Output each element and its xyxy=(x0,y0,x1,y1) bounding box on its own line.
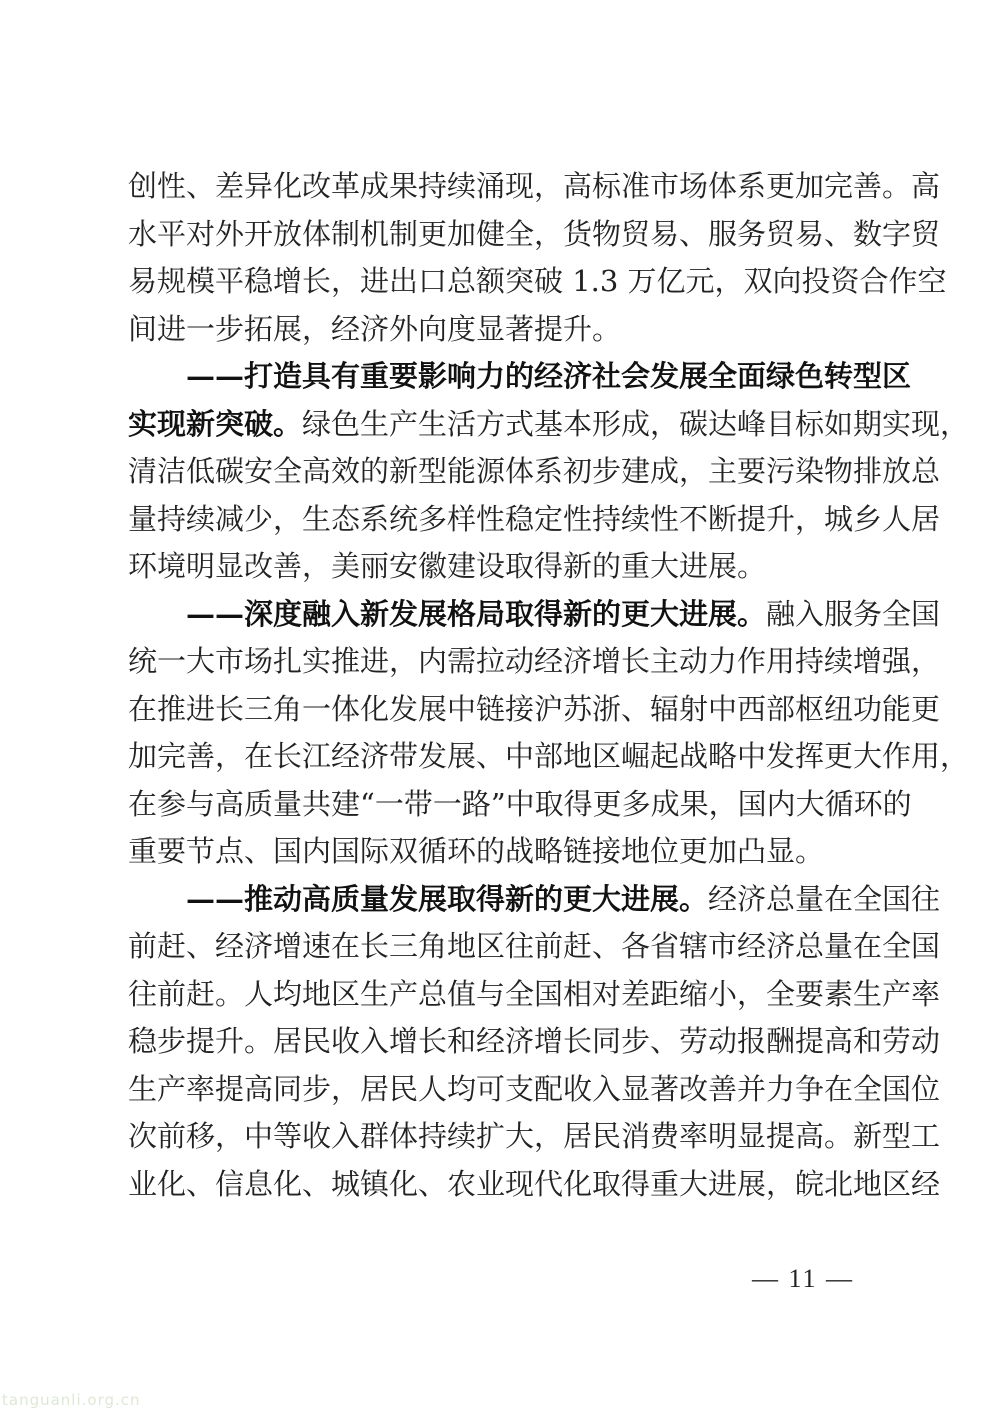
text-line: 业化、信息化、城镇化、农业现代化取得重大进展，皖北地区经 xyxy=(128,1161,873,1209)
text-line: 在参与高质量共建“一带一路”中取得更多成果，国内大循环的 xyxy=(128,781,873,829)
text-line: 次前移，中等收入群体持续扩大，居民消费率明显提高。新型工 xyxy=(128,1113,873,1161)
text-line: 清洁低碳安全高效的新型能源体系初步建成，主要污染物排放总 xyxy=(128,448,873,496)
text-line: ——推动高质量发展取得新的更大进展。经济总量在全国往 xyxy=(128,876,873,924)
text-line: 间进一步拓展，经济外向度显著提升。 xyxy=(128,306,873,354)
text-line: 生产率提高同步，居民人均可支配收入显著改善并力争在全国位 xyxy=(128,1066,873,1114)
text-line: 环境明显改善，美丽安徽建设取得新的重大进展。 xyxy=(128,543,873,591)
text-line: 加完善，在长江经济带发展、中部地区崛起战略中发挥更大作用， xyxy=(128,733,873,781)
text-line: 统一大市场扎实推进，内需拉动经济增长主动力作用持续增强， xyxy=(128,638,873,686)
section-heading: 实现新突破。 xyxy=(128,407,302,441)
text-line: 创性、差异化改革成果持续涌现，高标准市场体系更加完善。高 xyxy=(128,163,873,211)
page-number: — 11 — xyxy=(748,1264,858,1294)
section-heading: ——深度融入新发展格局取得新的更大进展。 xyxy=(128,597,766,631)
document-page: 创性、差异化改革成果持续涌现，高标准市场体系更加完善。高 水平对外开放体制机制更… xyxy=(0,0,1000,1414)
text-line: 水平对外开放体制机制更加健全，货物贸易、服务贸易、数字贸 xyxy=(128,211,873,259)
body-text: 创性、差异化改革成果持续涌现，高标准市场体系更加完善。高 水平对外开放体制机制更… xyxy=(128,163,873,1208)
text-run: 经济总量在全国往 xyxy=(708,882,940,916)
text-line: 重要节点、国内国际双循环的战略链接地位更加凸显。 xyxy=(128,828,873,876)
section-heading: ——推动高质量发展取得新的更大进展。 xyxy=(128,882,708,916)
text-run: 融入服务全国 xyxy=(766,597,940,631)
text-line: 量持续减少，生态系统多样性稳定性持续性不断提升，城乡人居 xyxy=(128,496,873,544)
text-line: 易规模平稳增长，进出口总额突破 1.3 万亿元，双向投资合作空 xyxy=(128,258,873,306)
text-line: 在推进长三角一体化发展中链接沪苏浙、辐射中西部枢纽功能更 xyxy=(128,686,873,734)
text-line: ——打造具有重要影响力的经济社会发展全面绿色转型区 xyxy=(128,353,873,401)
section-heading: ——打造具有重要影响力的经济社会发展全面绿色转型区 xyxy=(128,359,911,393)
text-line: 实现新突破。绿色生产生活方式基本形成，碳达峰目标如期实现， xyxy=(128,401,873,449)
text-line: ——深度融入新发展格局取得新的更大进展。融入服务全国 xyxy=(128,591,873,639)
text-line: 稳步提升。居民收入增长和经济增长同步、劳动报酬提高和劳动 xyxy=(128,1018,873,1066)
text-run: 绿色生产生活方式基本形成，碳达峰目标如期实现， xyxy=(302,407,969,441)
watermark: tanguanli.org.cn xyxy=(2,1391,141,1409)
text-line: 前赶、经济增速在长三角地区往前赶、各省辖市经济总量在全国 xyxy=(128,923,873,971)
text-line: 往前赶。人均地区生产总值与全国相对差距缩小，全要素生产率 xyxy=(128,971,873,1019)
